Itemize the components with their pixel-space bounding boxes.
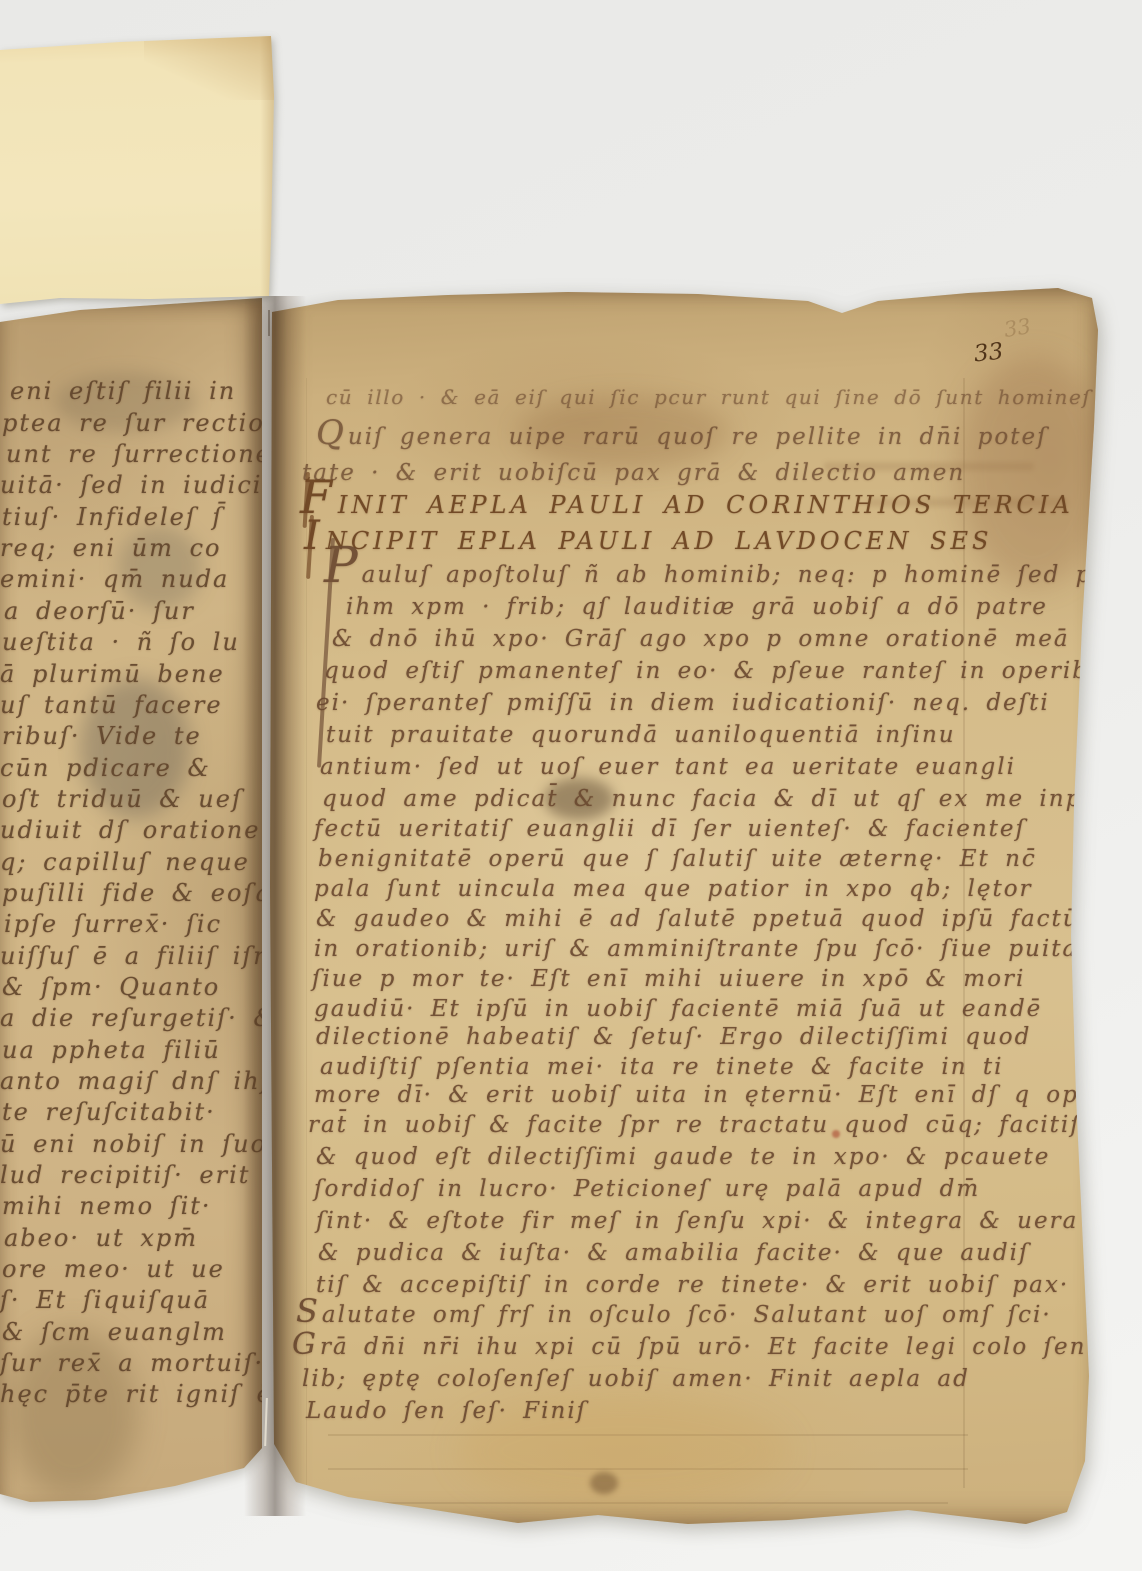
manuscript-line: tate · & erit uobiſcū pax grā & dilectio… (302, 460, 965, 486)
manuscript-line: abeo· ut xpm̄ (4, 1225, 198, 1253)
parchment-stain (590, 1472, 618, 1494)
manuscript-line: more dī· & erit uobiſ uita in ęternū· Eſ… (314, 1082, 1094, 1108)
drop-initial: P (324, 536, 360, 594)
ruling-line-horizontal (328, 1502, 948, 1504)
drop-initial: F (300, 470, 336, 524)
manuscript-line: unt re ſurrectione (6, 441, 272, 469)
manuscript-line: Grā dn̄i nr̄i ihu xpi cū ſpū urō· Et fac… (292, 1334, 1086, 1360)
ruling-line-horizontal (328, 1468, 968, 1470)
parchment-stain (8, 1328, 138, 1498)
manuscript-line: ſur rex̄ a mortuiſ· (0, 1350, 264, 1378)
parchment-stain (118, 526, 202, 610)
manuscript-line: & pudica & iuſta· & amabilia facite· & q… (318, 1240, 1029, 1266)
manuscript-line: ſ· Et ſiquiſquā (0, 1287, 210, 1315)
manuscript-line: emini· qm̄ nuda (0, 566, 229, 594)
manuscript-line: tiuſ· Infideleſ ſ̄ (2, 504, 223, 532)
manuscript-line: ſint· & eſtote fir meſ in ſenſu xpi· & i… (316, 1208, 1078, 1234)
manuscript-line: a deorſū· ſur (4, 598, 195, 626)
parchment-stain (80, 678, 190, 818)
ruling-line-vertical-left (306, 378, 307, 1488)
manuscript-line: rat̄ in uobiſ & facite ſpr re tractatu q… (308, 1112, 1081, 1138)
manuscript-line: tuit prauitate quorundā uaniloquentiā in… (326, 722, 956, 748)
rubric-line: INCIPIT EPLA PAULI AD LAVDOCEN SES (304, 528, 992, 556)
manuscript-line: cūn pdicare & (0, 755, 211, 783)
left-page: eni eſtiſ filii inptea re ſur rectioniſu… (0, 298, 262, 1518)
manuscript-line: tiſ & accepiſtiſ in corde re tinete· & e… (316, 1272, 1069, 1298)
manuscript-line: pala ſunt uincula mea que patior in xpo … (314, 876, 1033, 902)
manuscript-line: benignitatē operū que ſ ſalutiſ uite æte… (318, 846, 1037, 872)
manuscript-line: puſilli fide & eoſq (2, 880, 272, 908)
manuscript-line: dilectionē habeatiſ & ſetuſ· Ergo dilect… (316, 1024, 1031, 1050)
parchment-stain (56, 372, 196, 432)
manuscript-line: ſordidoſ in lucro· Peticioneſ urę palā a… (314, 1176, 980, 1202)
sewing-thread (264, 1398, 268, 1446)
manuscript-line: audiſtiſ pſentia mei· ita re tinete & fa… (320, 1054, 1003, 1080)
left-page-shadow: eni eſtiſ filii inptea re ſur rectioniſu… (0, 0, 1142, 1571)
manuscript-line: ā plurimū bene (0, 661, 225, 689)
manuscript-line: ueſtita · ñ ſo lu (2, 629, 240, 657)
manuscript-line: q; capilluſ neque (0, 849, 250, 877)
drop-initial: Q (316, 413, 346, 453)
manuscript-line: uiſſuſ ē a filiiſ iſrl̄· (0, 943, 286, 971)
manuscript-line: eni eſtiſ filii in (10, 378, 236, 406)
manuscript-line: ore meo· ut ue (2, 1256, 225, 1284)
manuscript-line: quod eſtiſ pmanenteſ in eo· & pſeue rant… (324, 658, 1099, 684)
parchment-stain (518, 396, 728, 470)
manuscript-photo: eni eſtiſ filii inptea re ſur rectioniſu… (0, 0, 1142, 1571)
manuscript-line: & quod eſt dilectiſſimi gaude te in xpo·… (316, 1144, 1050, 1170)
folio-number-ghost: 33 (1002, 314, 1032, 342)
manuscript-line: ſiue p mor te· Eſt enī mihi uiuere in xp… (312, 966, 1025, 992)
red-ink-dot (832, 1130, 840, 1138)
erased-text-streak (824, 462, 1034, 471)
manuscript-line: ribuſ· Vide te (2, 723, 202, 751)
manuscript-line: gaudiū· Et ipſū in uobiſ facientē miā ſu… (314, 996, 1042, 1022)
parchment-stain (958, 356, 1108, 586)
manuscript-line: & gaudeo & mihi ē ad ſalutē ppetuā quod … (316, 906, 1080, 932)
manuscript-line: lib; ęptę coloſenſeſ uobiſ amen· Finit a… (302, 1366, 970, 1392)
manuscript-line: fectū ueritatiſ euanglii dī ſer uienteſ·… (314, 816, 1026, 842)
manuscript-line: & ſpm· Quanto (2, 974, 220, 1002)
manuscript-line: te reſuſcitabit· (2, 1099, 216, 1127)
gutter-shadow (244, 296, 306, 1516)
flyleaf (0, 36, 274, 304)
parchment-stain (458, 1396, 788, 1506)
manuscript-line: mihi nemo ſit· (2, 1193, 212, 1221)
erased-text-streak (868, 498, 1068, 507)
drop-initial: G (292, 1327, 318, 1362)
manuscript-line: lud recipitiſ· erit (0, 1162, 250, 1190)
right-page: 33 33 cū illo · & eā eiſ qui ſic pcur ru… (268, 286, 1100, 1526)
manuscript-line: a die reſurgetiſ· &q: (0, 1005, 304, 1033)
manuscript-line: hęc p̄te rit igniſ ē (0, 1381, 273, 1409)
manuscript-line: oſt triduū & ueſ (2, 786, 243, 814)
flyleaf-shadow (0, 0, 1142, 1571)
parchment-stain (544, 778, 614, 820)
manuscript-line: ipſe ſurrex̄· ſic (4, 911, 222, 939)
folio-number: 33 (973, 339, 1005, 368)
manuscript-line: cū illo · & eā eiſ qui ſic pcur runt qui… (326, 386, 1091, 409)
manuscript-line: Salutate omſ frſ in oſculo ſcō· Salutant… (296, 1302, 1052, 1328)
manuscript-line: Quiſ genera uipe rarū quoſ re pellite in… (316, 424, 1048, 450)
manuscript-line: ū eni nobiſ in ſuo (0, 1131, 267, 1159)
ruling-line-horizontal (328, 1434, 968, 1436)
drop-initial: I (304, 513, 324, 559)
manuscript-line: Laudo ſen ſeſ· Finiſ (306, 1398, 587, 1424)
manuscript-line: in orationib; uriſ & amminiſtrante ſpu ſ… (314, 936, 1078, 962)
manuscript-line: quod ame pdicat̄ & nunc facia & dī ut qſ… (322, 786, 1082, 812)
drop-initial: S (296, 1292, 320, 1330)
manuscript-line: anto magiſ dnſ ihſ (0, 1068, 271, 1096)
manuscript-line: Pauluſ apoſtoluſ ñ ab hominib; neq: p ho… (324, 562, 1092, 588)
right-page-shadow: 33 33 cū illo · & eā eiſ qui ſic pcur ru… (0, 0, 1142, 1571)
manuscript-line: uſ tantū facere (0, 692, 223, 720)
manuscript-line: req; eni ūm co (0, 535, 221, 563)
manuscript-line: & dnō ihū xpo· Grāſ ago xpo p omne orati… (332, 626, 1070, 652)
rubric-line: FINIT AEPLA PAULI AD CORINTHIOS TERCIA (300, 492, 1074, 520)
manuscript-line: udiuit dſ oratione (0, 817, 260, 845)
manuscript-line: ei· ſperanteſ pmiſſū in diem iudicationi… (316, 690, 1050, 716)
manuscript-line: antium· ſed ut uoſ euer tant ea ueritate… (320, 754, 1016, 780)
sewing-thread (268, 310, 270, 336)
manuscript-line: uitā· ſed in iudiciū (0, 472, 280, 500)
manuscript-line: ihm xpm · frib; qſ lauditiæ grā uobiſ a … (346, 594, 1048, 620)
manuscript-line: ptea re ſur rectioniſ (2, 410, 303, 438)
manuscript-line: ua ppheta filiū (2, 1037, 221, 1065)
manuscript-line: & ſcm euanglm (2, 1319, 227, 1347)
ruling-line-vertical-right (963, 378, 965, 1488)
